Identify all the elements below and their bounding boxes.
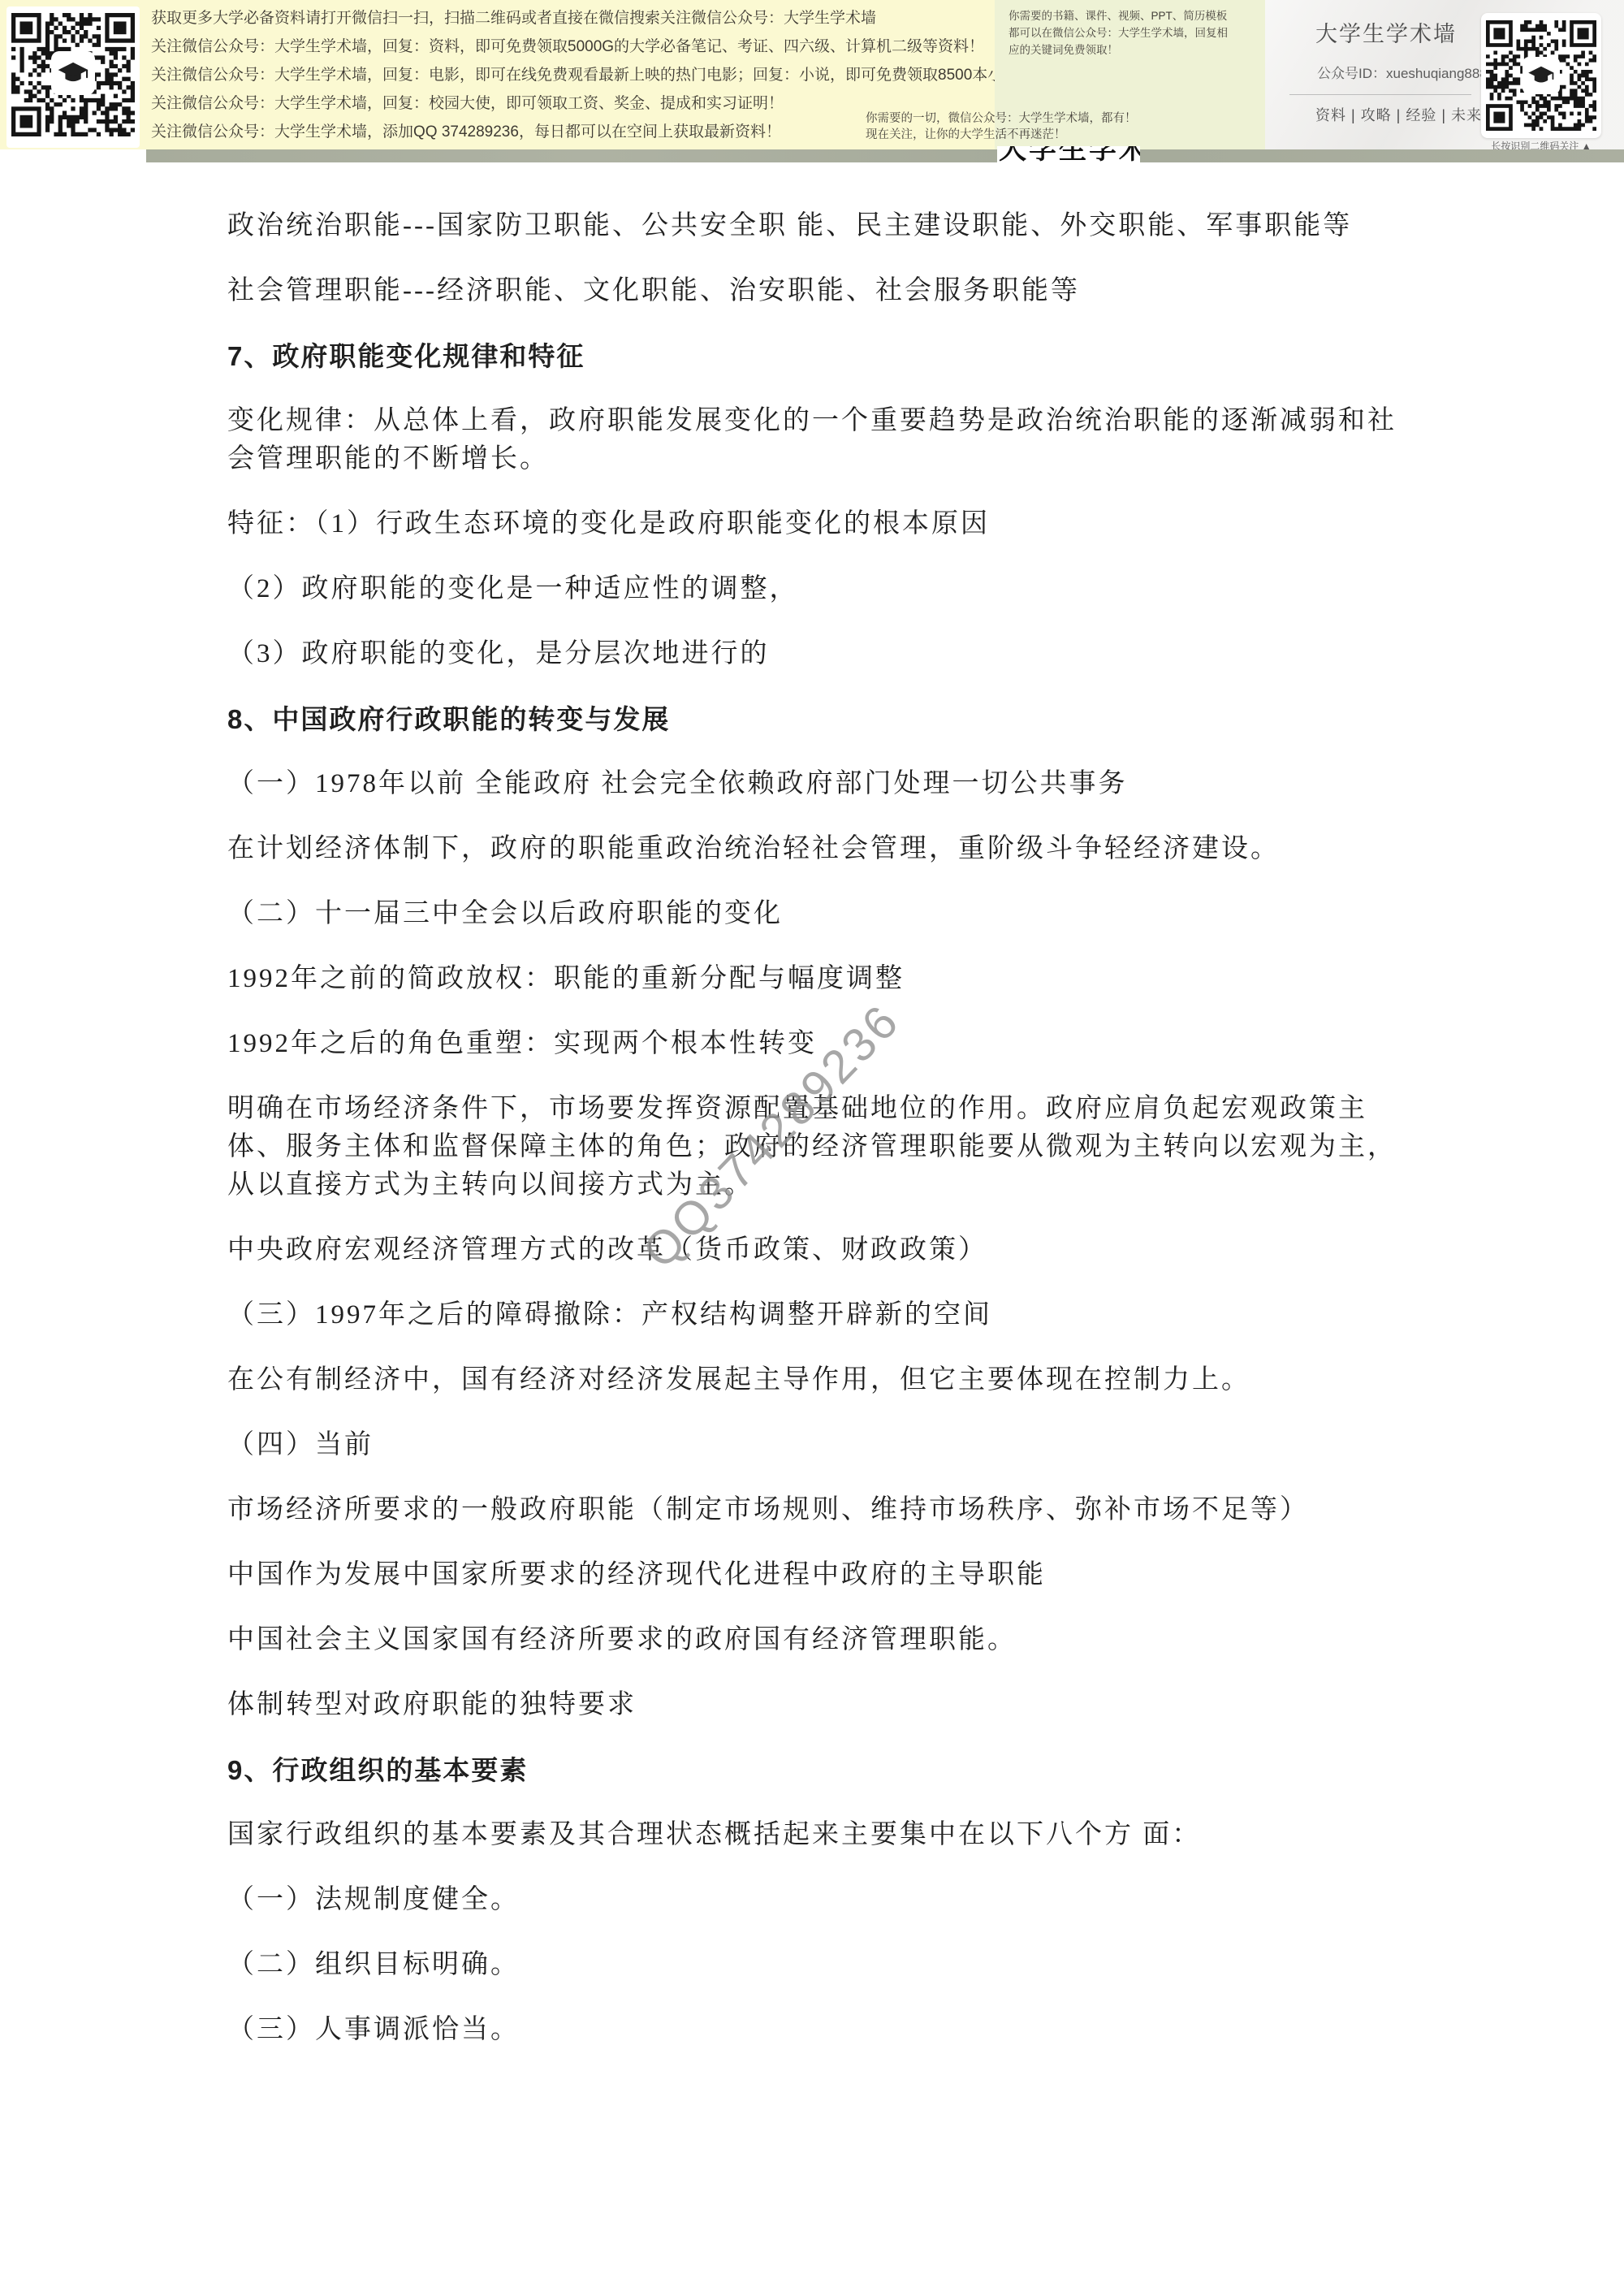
- paragraph: 1992年之前的简政放权：职能的重新分配与幅度调整: [227, 960, 1413, 998]
- banner-middle-line: 都可以在微信公众号：大学生学术墙，回复相: [1009, 24, 1265, 41]
- paragraph: 变化规律：从总体上看，政府职能发展变化的一个重要趋势是政治统治职能的逐渐减弱和社…: [227, 402, 1413, 478]
- section-heading: 8、中国政府行政职能的转变与发展: [227, 700, 1413, 738]
- paragraph: （一）法规制度健全。: [227, 1881, 1413, 1919]
- banner-middle-line: 你需要的一切，微信公众号：大学生学术墙，都有！: [866, 110, 1137, 127]
- paragraph: 在计划经济体制下，政府的职能重政治统治轻社会管理，重阶级斗争轻经济建设。: [227, 830, 1413, 868]
- paragraph: （3）政府职能的变化，是分层次地进行的: [227, 635, 1413, 673]
- paragraph: 明确在市场经济条件下，市场要发挥资源配置基础地位的作用。政府应肩负起宏观政策主体…: [227, 1090, 1413, 1204]
- graduation-cap-icon: [1522, 57, 1560, 94]
- banner-middle-line: 你需要的书籍、课件、视频、PPT、简历模板: [1009, 7, 1265, 24]
- paragraph: 国家行政组织的基本要素及其合理状态概括起来主要集中在以下八个方 面：: [227, 1816, 1413, 1854]
- section-heading: 7、政府职能变化规律和特征: [227, 337, 1413, 375]
- paragraph: 特征：（1）行政生态环境的变化是政府职能变化的根本原因: [227, 505, 1413, 543]
- paragraph: 中国社会主义国家国有经济所要求的政府国有经济管理职能。: [227, 1621, 1413, 1659]
- paragraph: 在公有制经济中，国有经济对经济发展起主导作用，但它主要体现在控制力上。: [227, 1361, 1413, 1399]
- banner-middle-line: 现在关注，让你的大学生活不再迷茫！: [866, 127, 1137, 143]
- paragraph: 政治统治职能---国家防卫职能、公共安全职 能、民主建设职能、外交职能、军事职能…: [227, 207, 1413, 245]
- section-heading: 9、行政组织的基本要素: [227, 1751, 1413, 1789]
- brand-account-id: 公众号ID：xueshuqiang8888: [1317, 62, 1495, 82]
- paragraph: （二）十一届三中全会以后政府职能的变化: [227, 895, 1413, 933]
- paragraph: （四）当前: [227, 1426, 1413, 1464]
- banner-middle-top-text: 你需要的书籍、课件、视频、PPT、简历模板都可以在微信公众号：大学生学术墙，回复…: [995, 0, 1265, 58]
- paragraph: （二）组织目标明确。: [227, 1946, 1413, 1984]
- graduation-cap-icon: [51, 51, 95, 95]
- paragraph: 市场经济所要求的一般政府职能（制定市场规则、维持市场秩序、弥补市场不足等）: [227, 1491, 1413, 1529]
- paragraph: 中国作为发展中国家所要求的经济现代化进程中政府的主导职能: [227, 1556, 1413, 1594]
- paragraph: 中央政府宏观经济管理方式的改革（货币政策、财政政策）: [227, 1231, 1413, 1269]
- banner-ad-line: 关注微信公众号：大学生学术墙，回复：电影，即可在线免费观看最新上映的热门电影；回…: [151, 61, 1034, 89]
- paragraph: 体制转型对政府职能的独特要求: [227, 1686, 1413, 1724]
- qr-code-right: [1481, 13, 1601, 138]
- divider-strip: [146, 149, 1624, 162]
- paragraph: 1992年之后的角色重塑：实现两个根本性转变: [227, 1025, 1413, 1063]
- banner-middle-bottom-text: 你需要的一切，微信公众号：大学生学术墙，都有！现在关注，让你的大学生活不再迷茫！: [866, 110, 1137, 143]
- paragraph: （一）1978年以前 全能政府 社会完全依赖政府部门处理一切公共事务: [227, 765, 1413, 803]
- banner-ad-line: 关注微信公众号：大学生学术墙，回复：资料，即可免费领取5000G的大学必备笔记、…: [151, 32, 1034, 61]
- document-content: 政治统治职能---国家防卫职能、公共安全职 能、民主建设职能、外交职能、军事职能…: [0, 162, 1624, 2125]
- brand-panel: 大学生学术墙 公众号ID：xueshuqiang8888 资料 | 攻略 | 经…: [1265, 0, 1624, 149]
- clipped-brand-text: 大学生学术墙: [997, 146, 1140, 162]
- clipped-brand-text-label: 大学生学术墙: [999, 146, 1140, 162]
- paragraph: （2）政府职能的变化是一种适应性的调整，: [227, 570, 1413, 608]
- brand-tagline: 资料 | 攻略 | 经验 | 未来: [1315, 104, 1482, 125]
- paragraph: 社会管理职能---经济职能、文化职能、治安职能、社会服务职能等: [227, 272, 1413, 310]
- ad-banner: 获取更多大学必备资料请打开微信扫一扫，扫描二维码或者直接在微信搜索关注微信公众号…: [0, 0, 1624, 149]
- divider: [1289, 94, 1471, 95]
- qr-code-left: [6, 6, 140, 148]
- paragraph: （三）1997年之后的障碍撤除：产权结构调整开辟新的空间: [227, 1296, 1413, 1334]
- banner-middle-line: 应的关键词免费领取！: [1009, 41, 1265, 58]
- banner-ad-line: 获取更多大学必备资料请打开微信扫一扫，扫描二维码或者直接在微信搜索关注微信公众号…: [151, 4, 1034, 32]
- paragraph: （三）人事调派恰当。: [227, 2011, 1413, 2049]
- brand-title: 大学生学术墙: [1315, 16, 1457, 48]
